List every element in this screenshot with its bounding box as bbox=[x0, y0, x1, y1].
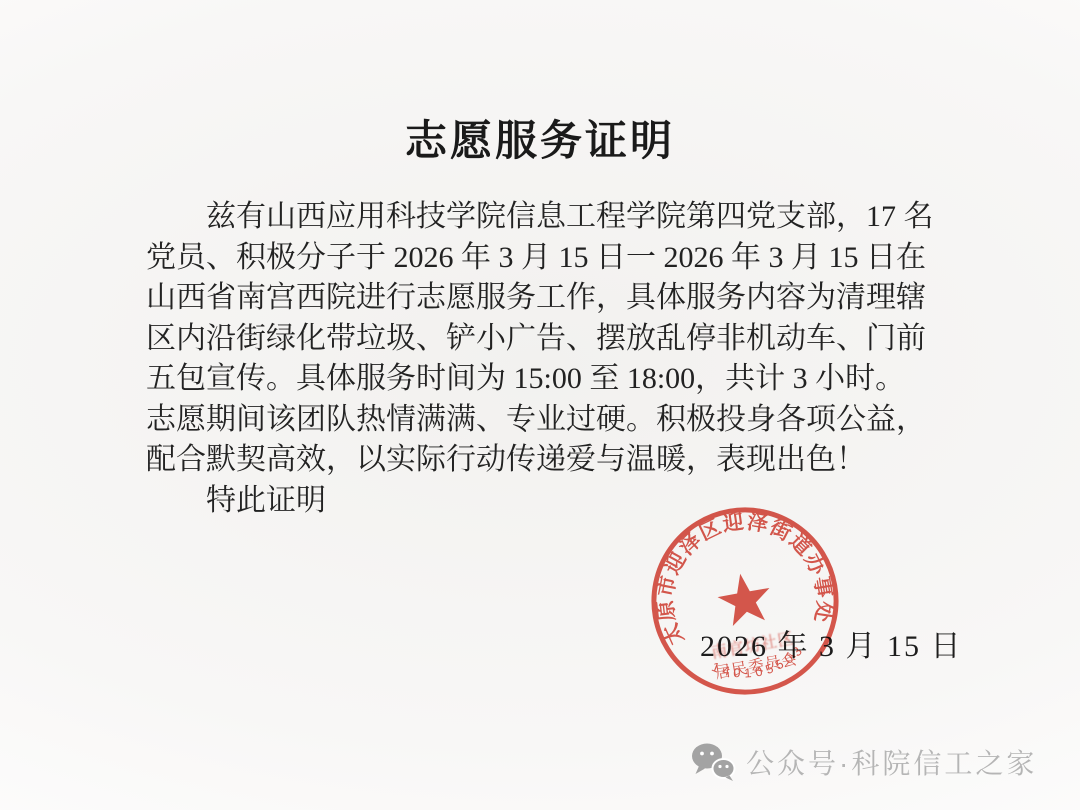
body-text-line: 五包宣传。具体服务时间为 15:00 至 18:00，共计 3 小时。 bbox=[146, 359, 946, 400]
certificate-page: 志愿服务证明 兹有山西应用科技学院信息工程学院第四党支部，17 名 党员、积极分… bbox=[0, 0, 1080, 810]
certificate-title: 志愿服务证明 bbox=[0, 108, 1080, 168]
certificate-body: 兹有山西应用科技学院信息工程学院第四党支部，17 名 党员、积极分子于 2026… bbox=[146, 197, 946, 521]
body-text-line: 区内沿街绿化带垃圾、铲小广告、摆放乱停非机动车、门前 bbox=[146, 319, 946, 360]
body-text-line: 志愿期间该团队热情满满、专业过硬。积极投身各项公益， bbox=[146, 400, 946, 441]
body-text-line: 兹有山西应用科技学院信息工程学院第四党支部，17 名 bbox=[146, 197, 946, 238]
star-icon bbox=[714, 569, 775, 628]
wechat-watermark: 公众号·科院信工之家 bbox=[690, 742, 1037, 782]
wechat-icon bbox=[690, 742, 736, 782]
official-seal-graphic: 太原市迎泽区迎泽街道办事处 南官坊社区 居民委员会 140105503907 bbox=[646, 502, 844, 700]
official-seal: 太原市迎泽区迎泽街道办事处 南官坊社区 居民委员会 140105503907 bbox=[646, 502, 844, 700]
issue-date: 2026 年 3 月 15 日 bbox=[700, 621, 963, 665]
body-text-line: 山西省南宫西院进行志愿服务工作，具体服务内容为清理辖 bbox=[146, 278, 946, 319]
watermark-text: 公众号·科院信工之家 bbox=[746, 742, 1037, 782]
body-text-line: 党员、积极分子于 2026 年 3 月 15 日一 2026 年 3 月 15 … bbox=[146, 238, 946, 279]
body-text-line: 配合默契高效，以实际行动传递爱与温暖，表现出色！ bbox=[146, 440, 946, 481]
